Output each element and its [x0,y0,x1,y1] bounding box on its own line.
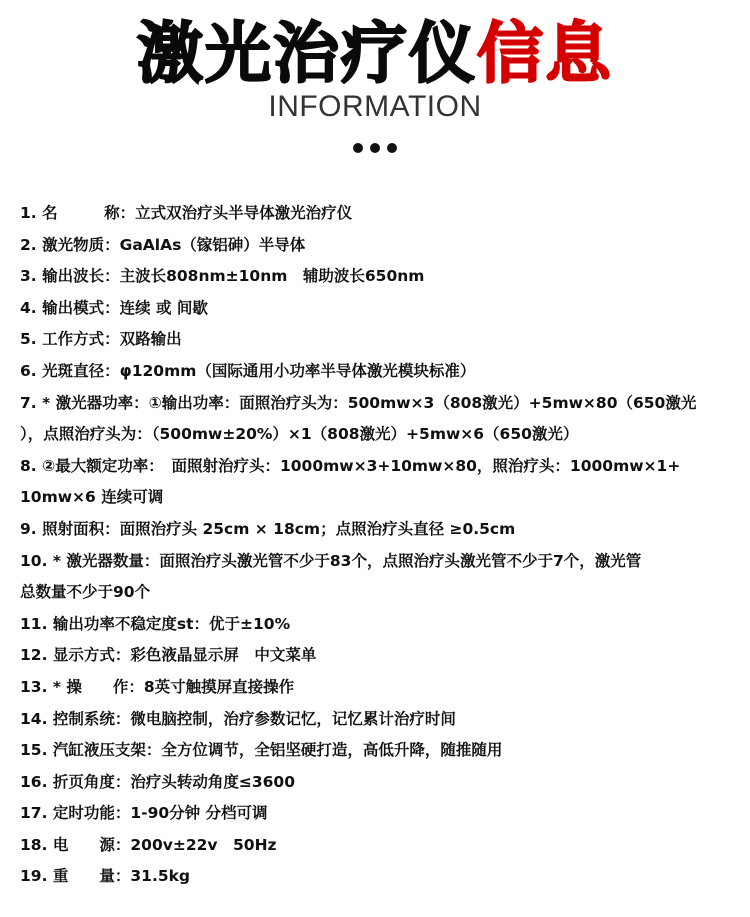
spec-line-6: 6. 光斑直径：φ120mm（国际通用小功率半导体激光模块标准） [20,356,740,388]
spec-line-4: 4. 输出模式：连续 或 间歇 [20,293,740,325]
spec-line-1: 1. 名 称：立式双治疗头半导体激光治疗仪 [20,198,740,230]
spec-list: 1. 名 称：立式双治疗头半导体激光治疗仪 2. 激光物质：GaAlAs（镓铝砷… [20,198,740,893]
spec-line-9: 9. 照射面积：面照治疗头 25cm × 18cm；点照治疗头直径 ≥0.5cm [20,514,740,546]
spec-line-16: 16. 折页角度：治疗头转动角度≤3600 [20,767,740,799]
spec-line-13: 13. * 操 作：8英寸触摸屏直接操作 [20,672,740,704]
dots-ornament [0,143,750,153]
spec-line-7-cont: ），点照治疗头为：（500mw±20%）×1（808激光）+5mw×6（650激… [20,419,740,451]
spec-line-10-cont: 总数量不少于90个 [20,577,740,609]
spec-line-19: 19. 重 量：31.5kg [20,861,740,893]
spec-line-10: 10. * 激光器数量：面照治疗头激光管不少于83个，点照治疗头激光管不少于7个… [20,546,740,578]
spec-line-2: 2. 激光物质：GaAlAs（镓铝砷）半导体 [20,230,740,262]
title-black-part: 激光治疗仪 [137,15,477,92]
spec-line-3: 3. 输出波长：主波长808nm±10nm 辅助波长650nm [20,261,740,293]
dot-icon [387,143,397,153]
dot-icon [353,143,363,153]
subtitle: INFORMATION [0,90,750,124]
dot-icon [370,143,380,153]
spec-line-17: 17. 定时功能：1-90分钟 分档可调 [20,798,740,830]
spec-line-12: 12. 显示方式：彩色液晶显示屏 中文菜单 [20,640,740,672]
spec-line-5: 5. 工作方式：双路输出 [20,324,740,356]
spec-line-15: 15. 汽缸液压支架：全方位调节，全铝坚硬打造，高低升降，随推随用 [20,735,740,767]
spec-line-7: 7. * 激光器功率：①输出功率：面照治疗头为：500mw×3（808激光）+5… [20,388,740,420]
spec-line-18: 18. 电 源：200v±22v 50Hz [20,830,740,862]
spec-line-14: 14. 控制系统：微电脑控制，治疗参数记忆，记忆累计治疗时间 [20,704,740,736]
page-title: 激光治疗仪信息 [0,14,750,94]
spec-line-8-cont: 10mw×6 连续可调 [20,482,740,514]
spec-line-8: 8. ②最大额定功率： 面照射治疗头：1000mw×3+10mw×80，照治疗头… [20,451,740,483]
title-red-part: 信息 [477,15,613,92]
spec-line-11: 11. 输出功率不稳定度st：优于±10% [20,609,740,641]
